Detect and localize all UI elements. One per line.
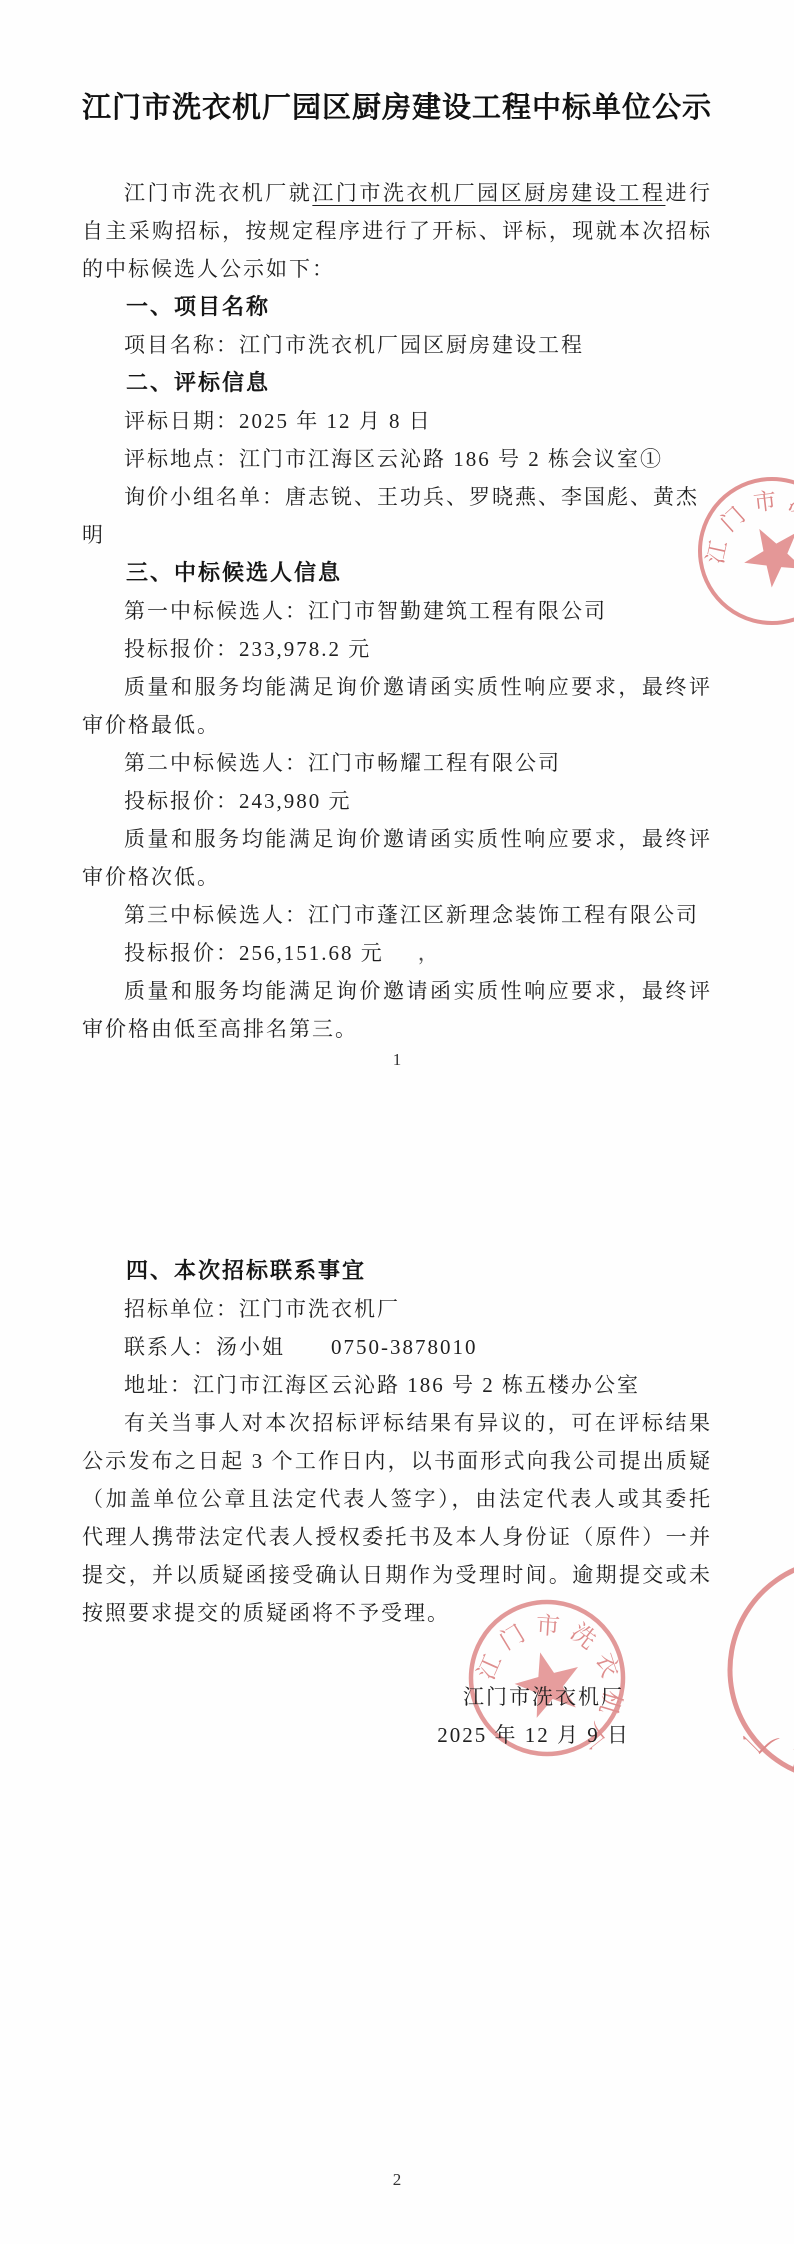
intro-text-pre: 江门市洗衣机厂就 — [124, 181, 312, 205]
document-body: 江门市洗衣机厂园区厨房建设工程中标单位公示 江门市洗衣机厂就江门市洗衣机厂园区厨… — [82, 88, 712, 1754]
candidate1-note: 质量和服务均能满足询价邀请函实质性响应要求，最终评审价格最低。 — [82, 668, 712, 744]
evaluation-place-line: 评标地点：江门市江海区云沁路 186 号 2 栋会议室① — [82, 440, 712, 478]
signature-date: 2025 年 12 月 9 日 — [82, 1716, 712, 1754]
tender-org-line: 招标单位：江门市洗衣机厂 — [82, 1290, 712, 1328]
seal-graphic-icon: 江门市洗衣机厂 — [700, 1560, 794, 1840]
project-name-line: 项目名称：江门市洗衣机厂园区厨房建设工程 — [82, 326, 712, 364]
seal-star-icon — [733, 514, 794, 593]
candidate3-price-text: 投标报价：256,151.68 元 — [124, 941, 384, 965]
page-number-1: 1 — [0, 1050, 794, 1070]
section2-heading: 二、评标信息 — [82, 364, 712, 402]
section4-heading: 四、本次招标联系事宜 — [82, 1252, 712, 1290]
candidate3-price-line: 投标报价：256,151.68 元， — [82, 934, 712, 972]
seal-ring-text: 江门市洗衣机厂 — [723, 1551, 794, 1796]
svg-text:江门市洗衣机厂: 江门市洗衣机厂 — [723, 1551, 794, 1796]
section3-heading: 三、中标候选人信息 — [82, 554, 712, 592]
contact-person-line: 联系人：汤小姐 0750-3878010 — [82, 1328, 712, 1366]
candidate3-note: 质量和服务均能满足询价邀请函实质性响应要求，最终评审价格由低至高排名第三。 — [82, 972, 712, 1048]
address-line: 地址：江门市江海区云沁路 186 号 2 栋五楼办公室 — [82, 1366, 712, 1404]
section1-heading: 一、项目名称 — [82, 288, 712, 326]
signature-org: 江门市洗衣机厂 — [82, 1678, 712, 1716]
candidate1-name-line: 第一中标候选人：江门市智勤建筑工程有限公司 — [82, 592, 712, 630]
candidate1-price-line: 投标报价：233,978.2 元 — [82, 630, 712, 668]
candidate2-note: 质量和服务均能满足询价邀请函实质性响应要求，最终评审价格次低。 — [82, 820, 712, 896]
intro-paragraph: 江门市洗衣机厂就江门市洗衣机厂园区厨房建设工程进行自主采购招标，按规定程序进行了… — [82, 174, 712, 288]
intro-project-name-underlined: 江门市洗衣机厂园区厨房建设工程 — [312, 181, 665, 205]
inquiry-panel-line: 询价小组名单：唐志锐、王功兵、罗晓燕、李国彪、黄杰明 — [82, 478, 712, 554]
candidate2-name-line: 第二中标候选人：江门市畅耀工程有限公司 — [82, 744, 712, 782]
objection-paragraph: 有关当事人对本次招标评标结果有异议的，可在评标结果公示发布之日起 3 个工作日内… — [82, 1404, 712, 1632]
page-title: 江门市洗衣机厂园区厨房建设工程中标单位公示 — [82, 88, 712, 128]
page-number-2: 2 — [0, 2170, 794, 2190]
candidate3-stray-comma: ， — [418, 941, 439, 965]
evaluation-date-line: 评标日期：2025 年 12 月 8 日 — [82, 402, 712, 440]
candidate2-price-line: 投标报价：243,980 元 — [82, 782, 712, 820]
official-seal-bottom-right: 江门市洗衣机厂 — [700, 1560, 794, 1840]
candidate3-name-line: 第三中标候选人：江门市蓬江区新理念装饰工程有限公司 — [82, 896, 712, 934]
document-page: 江门市洗衣机厂 江门市洗衣机厂 江门市洗衣机 — [0, 0, 794, 2244]
